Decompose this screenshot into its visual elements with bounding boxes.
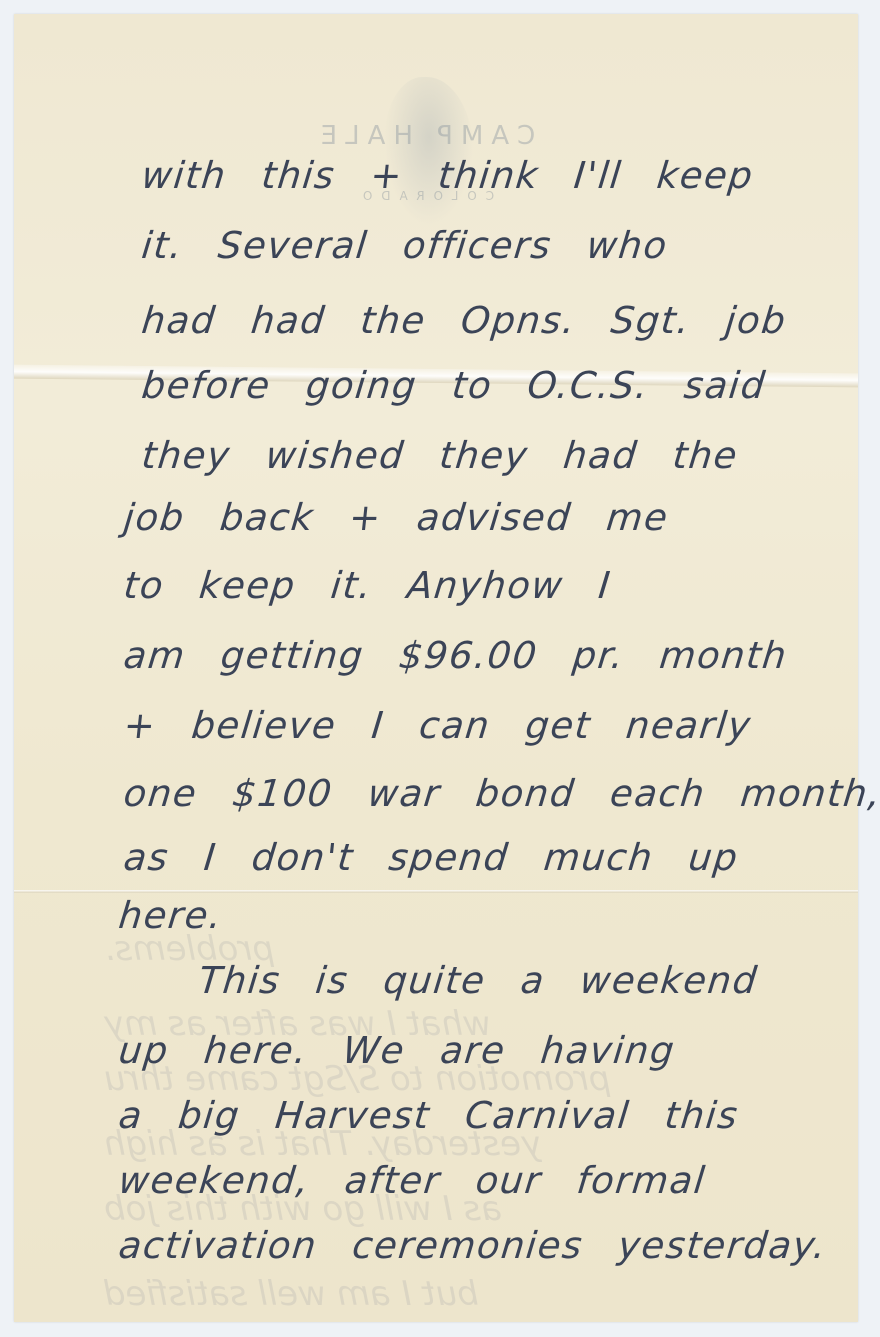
handwritten-line: a big Harvest Carnival this: [117, 1094, 741, 1137]
handwritten-line: they wished they had the: [140, 434, 741, 477]
handwritten-line: weekend, after our formal: [117, 1159, 708, 1202]
handwritten-line: + believe I can get nearly: [122, 704, 754, 747]
handwritten-line: activation ceremonies yesterday.: [117, 1224, 829, 1267]
handwritten-line: am getting $96.00 pr. month: [122, 634, 790, 677]
handwritten-line: one $100 war bond each month,: [122, 772, 880, 815]
letter-paper: CAMP HALE COLORADO problems. what I was …: [14, 14, 858, 1322]
handwritten-line: it. Several officers who: [140, 224, 670, 267]
handwritten-line: as I don't spend much up: [122, 836, 741, 879]
letter-body: with this + think I'll keep it. Several …: [14, 14, 858, 1322]
handwritten-line: to keep it. Anyhow I: [122, 564, 614, 607]
handwritten-line: up here. We are having: [117, 1029, 678, 1072]
handwritten-line: This is quite a weekend: [197, 959, 760, 1002]
handwritten-line: with this + think I'll keep: [140, 154, 756, 197]
handwritten-line: here.: [117, 894, 225, 937]
handwritten-line: had had the Opns. Sgt. job: [140, 299, 789, 342]
handwritten-line: job back + advised me: [122, 496, 671, 539]
handwritten-line: before going to O.C.S. said: [140, 364, 768, 407]
